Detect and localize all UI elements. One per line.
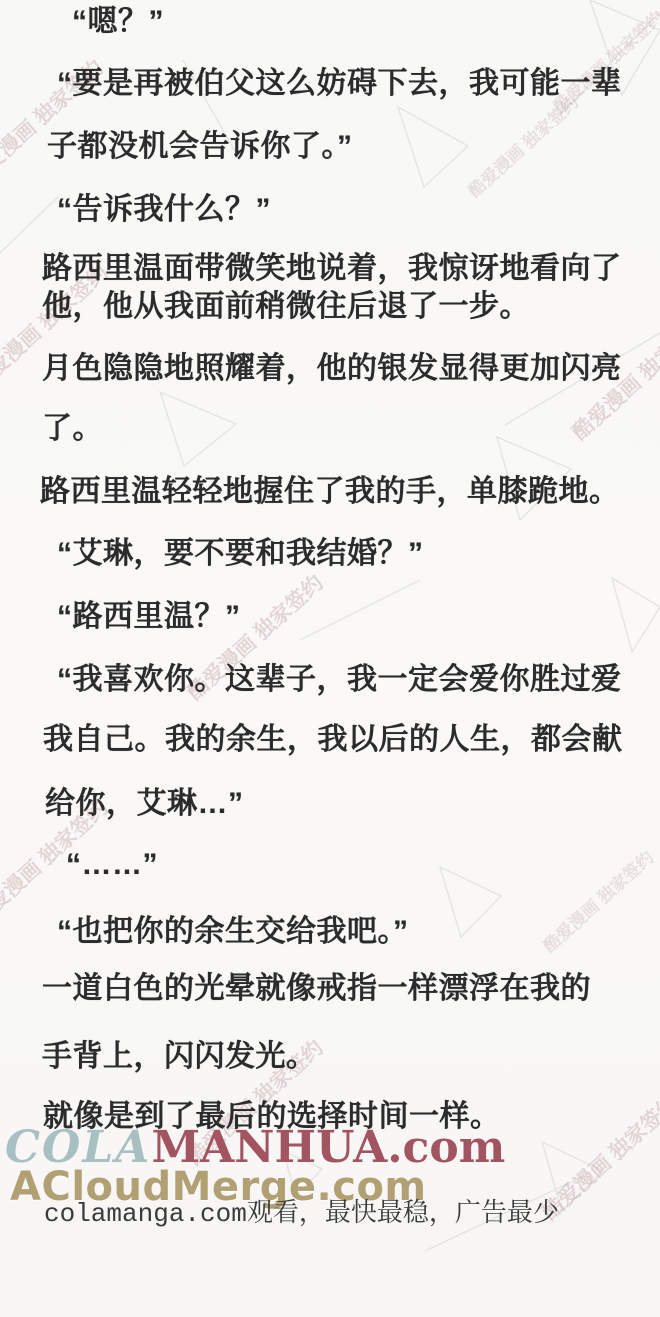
story-line: 子都没机会告诉你了。” xyxy=(47,130,353,163)
site-watermark: 酷爱漫画 独家签约 xyxy=(462,89,583,202)
story-line: “告诉我什么？” xyxy=(57,193,271,226)
story-line: “路西里温？” xyxy=(57,600,241,633)
story-line: 路西里温轻轻地握住了我的手，单膝跪地。 xyxy=(40,475,620,508)
story-line: “也把你的余生交给我吧。” xyxy=(57,915,409,948)
story-line: 给你，艾琳…” xyxy=(45,787,244,820)
story-line: 我自己。我的余生，我以后的人生，都会献 xyxy=(43,723,623,756)
site-watermark: 酷爱漫画 独家签约 xyxy=(537,844,658,957)
story-line: 一道白色的光晕就像戒指一样漂浮在我的 xyxy=(42,972,591,1005)
story-line: 了。 xyxy=(42,412,103,445)
story-line: 路西里温面带微笑地说着，我惊讶地看向了 xyxy=(42,252,622,285)
story-line: “艾琳，要不要和我结婚？” xyxy=(57,537,424,570)
story-line: 手背上，闪闪发光。 xyxy=(42,1040,317,1073)
story-line: “……” xyxy=(66,848,158,881)
story-line: 月色隐隐地照耀着，他的银发显得更加闪亮 xyxy=(42,352,622,385)
story-line: “我喜欢你。这辈子，我一定会爱你胜过爱 xyxy=(57,663,622,696)
comic-text-panel: 酷爱漫画 独家签约 酷爱漫画 独家签约 酷爱漫画 独家签约 酷爱漫画 独家签约 … xyxy=(0,0,660,1317)
site-ad-text: colamanga.com观看，最快最稳，广告最少 xyxy=(44,1199,559,1230)
story-line: 他，他从我面前稍微往后退了一步。 xyxy=(42,290,530,323)
story-line: “要是再被伯父这么妨碍下去，我可能一辈 xyxy=(57,67,622,100)
story-line: “嗯？” xyxy=(72,5,164,38)
